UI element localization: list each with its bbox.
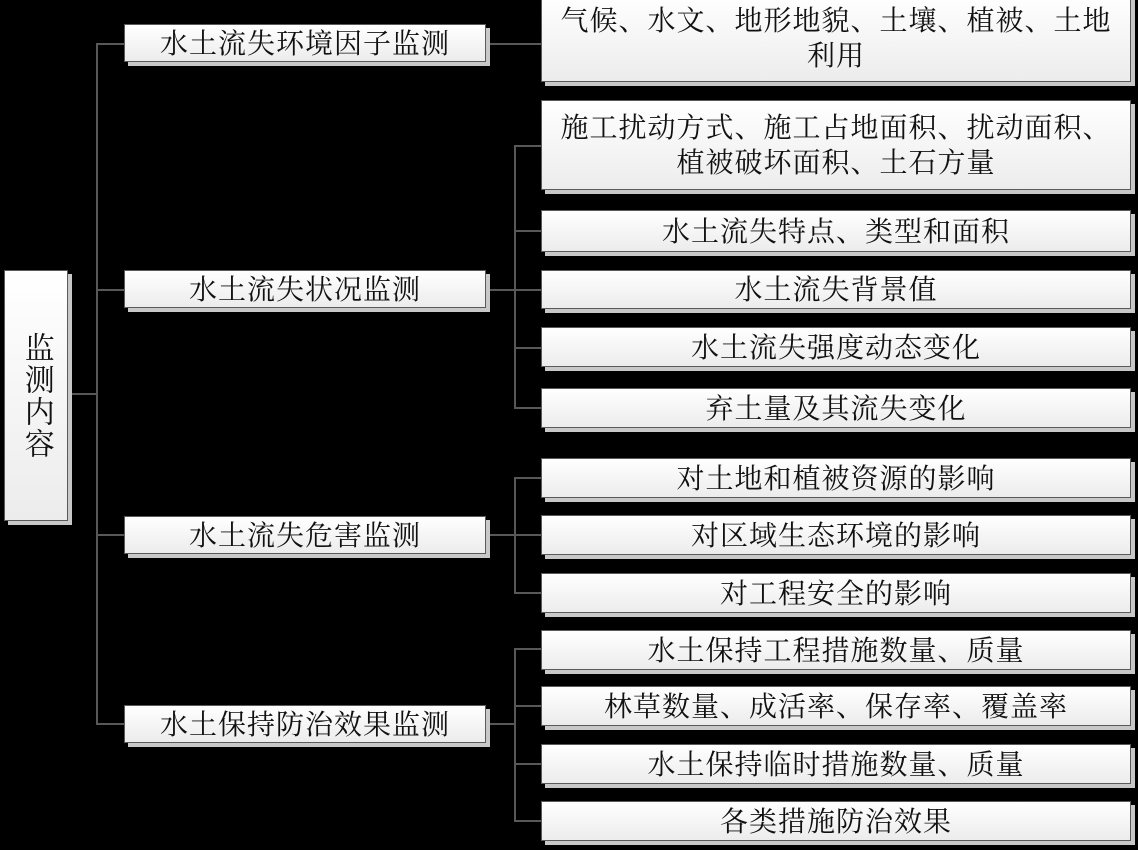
connector-cat-2 (96, 534, 124, 536)
connector-root (68, 393, 97, 395)
item-node: 对区域生态环境的影响 (541, 515, 1131, 555)
item-node: 对土地和植被资源的影响 (541, 458, 1131, 498)
branch (514, 289, 541, 291)
branch (514, 705, 541, 707)
item-node: 水土流失强度动态变化 (541, 327, 1131, 367)
connector-cat-3 (96, 723, 124, 725)
branch (514, 534, 541, 536)
branch (514, 763, 541, 765)
item-node: 水土保持临时措施数量、质量 (541, 744, 1131, 784)
item-node: 水土保持工程措施数量、质量 (541, 630, 1131, 670)
branch (514, 230, 541, 232)
main-spine (96, 43, 98, 725)
item-node: 各类措施防治效果 (541, 801, 1131, 841)
item-node: 气候、水文、地形地貌、土壤、植被、土地利用 (541, 0, 1131, 82)
connector-cat-1 (96, 289, 124, 291)
branch (514, 347, 541, 349)
connector-cat-0-item (487, 43, 541, 45)
item-node: 林草数量、成活率、保存率、覆盖率 (541, 686, 1131, 726)
category-node-effect: 水土保持防治效果监测 (124, 705, 486, 743)
category-node-environment: 水土流失环境因子监测 (124, 24, 486, 62)
branch (514, 407, 541, 409)
connector-cat-0 (96, 43, 124, 45)
item-node: 弃土量及其流失变化 (541, 388, 1131, 428)
item-node: 水土流失特点、类型和面积 (541, 210, 1131, 252)
branch (514, 820, 541, 822)
spine-cat-1 (514, 145, 516, 409)
connector-cat-3-out (487, 723, 515, 725)
connector-cat-1-out (487, 289, 515, 291)
category-node-hazard: 水土流失危害监测 (124, 516, 486, 554)
branch (514, 648, 541, 650)
item-node: 水土流失背景值 (541, 270, 1131, 309)
branch (514, 145, 541, 147)
item-node: 施工扰动方式、施工占地面积、扰动面积、植被破坏面积、土石方量 (541, 100, 1131, 190)
root-node: 监测内容 (4, 270, 68, 521)
branch (514, 592, 541, 594)
branch (514, 477, 541, 479)
spine-cat-3 (514, 648, 516, 822)
connector-cat-2-out (487, 534, 515, 536)
category-node-status: 水土流失状况监测 (124, 270, 486, 308)
item-node: 对工程安全的影响 (541, 573, 1131, 613)
